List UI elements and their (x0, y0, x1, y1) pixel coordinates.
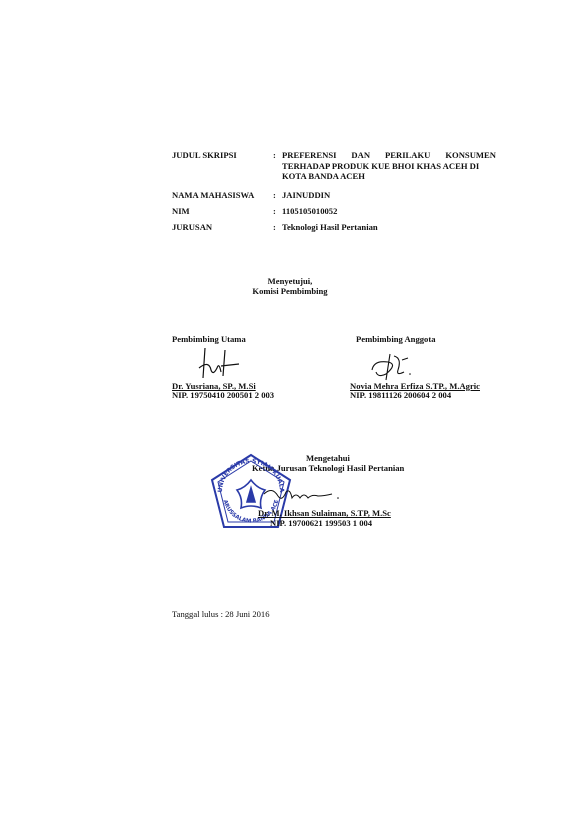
field-label-nim: NIM (172, 206, 190, 216)
main-supervisor-nip: NIP. 19750410 200501 2 003 (172, 390, 274, 400)
title-word: DAN (351, 150, 370, 161)
thesis-title-line-1: PREFERENSI DAN PERILAKU KONSUMEN (282, 150, 496, 161)
head-of-department-nip: NIP. 19700621 199503 1 004 (270, 518, 372, 528)
department: Teknologi Hasil Pertanian (282, 222, 378, 232)
student-name: JAINUDDIN (282, 190, 330, 200)
thesis-title-line-2: TERHADAP PRODUK KUE BHOI KHAS ACEH DI (282, 161, 496, 172)
member-supervisor-signature (368, 352, 418, 382)
main-supervisor-signature (195, 346, 255, 381)
field-separator: : (273, 206, 276, 216)
field-separator: : (273, 222, 276, 232)
thesis-title: PREFERENSI DAN PERILAKU KONSUMEN TERHADA… (282, 150, 496, 182)
field-label-department: JURUSAN (172, 222, 212, 232)
head-of-department-name: Dr. M. Ikhsan Sulaiman, S.TP, M.Sc (258, 508, 391, 518)
member-supervisor-nip: NIP. 19811126 200604 2 004 (350, 390, 451, 400)
member-supervisor-role: Pembimbing Anggota (356, 334, 436, 344)
main-supervisor-role: Pembimbing Utama (172, 334, 246, 344)
acknowledgement-heading: Mengetahui (306, 453, 350, 463)
thesis-title-line-3: KOTA BANDA ACEH (282, 171, 496, 182)
field-label-title: JUDUL SKRIPSI (172, 150, 237, 160)
field-separator: : (273, 190, 276, 200)
head-of-department-signature (262, 484, 352, 506)
title-word: PREFERENSI (282, 150, 336, 161)
document-page: JUDUL SKRIPSI : PREFERENSI DAN PERILAKU … (0, 0, 579, 819)
field-label-student-name: NAMA MAHASISWA (172, 190, 254, 200)
graduation-date: Tanggal lulus : 28 Juni 2016 (172, 609, 270, 619)
field-separator: : (273, 150, 276, 160)
title-word: PERILAKU (385, 150, 430, 161)
approval-subheading: Komisi Pembimbing (240, 286, 340, 296)
approval-heading: Menyetujui, (240, 276, 340, 286)
student-nim: 1105105010052 (282, 206, 337, 216)
title-word: KONSUMEN (445, 150, 496, 161)
